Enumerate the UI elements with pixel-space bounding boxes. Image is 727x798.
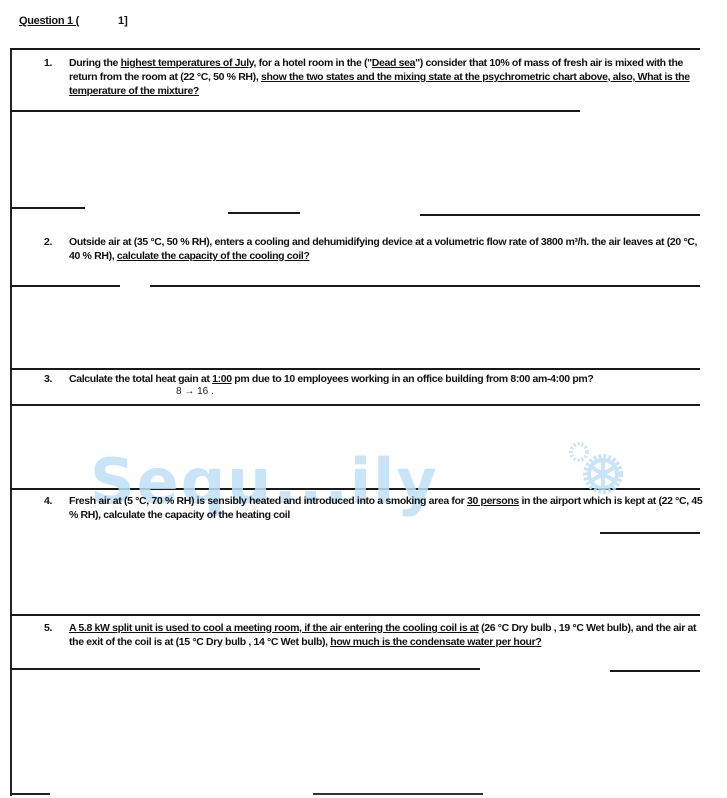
question-number: 5.	[44, 621, 52, 635]
question-text: During the highest temperatures of July,…	[69, 56, 704, 98]
divider-line	[228, 212, 300, 214]
question-2: 2. Outside air at (35 °C, 50 % RH), ente…	[44, 235, 704, 263]
underlined-text: calculate the capacity of the cooling co…	[117, 250, 310, 262]
question-number: 4.	[44, 494, 52, 508]
underlined-text: A 5.8 kW split unit is used to cool a me…	[69, 622, 479, 634]
question-text: Fresh air at (5 °C, 70 % RH) is sensibly…	[69, 494, 704, 522]
question-text: Outside air at (35 °C, 50 % RH), enters …	[69, 235, 704, 263]
divider-line	[150, 285, 700, 287]
text-segment: pm due to 10 employees working in an off…	[232, 373, 594, 385]
underlined-text: Dead sea	[372, 57, 415, 69]
divider-line	[10, 48, 700, 50]
underlined-text: highest temperatures of July,	[121, 57, 257, 69]
frame-border-bottom	[10, 793, 50, 795]
handwritten-note: 8 → 16 .	[176, 386, 214, 397]
underlined-text: how much is the condensate water per hou…	[330, 636, 541, 648]
divider-line	[10, 285, 120, 287]
question-heading-marks: 1]	[118, 15, 128, 27]
question-text: A 5.8 kW split unit is used to cool a me…	[69, 621, 704, 649]
question-5: 5. A 5.8 kW split unit is used to cool a…	[44, 621, 704, 649]
text-segment: Fresh air at (5 °C, 70 % RH) is sensibly…	[69, 495, 467, 507]
divider-line	[10, 207, 85, 209]
question-number: 3.	[44, 372, 52, 386]
divider-line	[10, 614, 700, 616]
underlined-text: 1:00	[212, 373, 232, 385]
question-3: 3. Calculate the total heat gain at 1:00…	[44, 372, 704, 386]
divider-line	[420, 214, 700, 216]
question-number: 2.	[44, 235, 52, 249]
underlined-text: 30 persons	[467, 495, 519, 507]
question-number: 1.	[44, 56, 52, 70]
divider-line	[313, 793, 483, 795]
question-text: Calculate the total heat gain at 1:00 pm…	[69, 372, 704, 386]
divider-line	[600, 532, 700, 534]
divider-line	[10, 668, 480, 670]
question-heading: Question 1 (	[19, 15, 79, 27]
text-segment: Calculate the total heat gain at	[69, 373, 212, 385]
text-segment: During the	[69, 57, 121, 69]
divider-line	[10, 368, 700, 370]
divider-line	[610, 670, 700, 672]
question-4: 4. Fresh air at (5 °C, 70 % RH) is sensi…	[44, 494, 704, 522]
frame-border-left	[10, 48, 12, 796]
divider-line	[10, 404, 700, 406]
question-1: 1. During the highest temperatures of Ju…	[44, 56, 704, 98]
gear-icon	[565, 440, 625, 500]
text-segment: for a hotel room in the ("	[256, 57, 372, 69]
divider-line	[10, 110, 580, 112]
